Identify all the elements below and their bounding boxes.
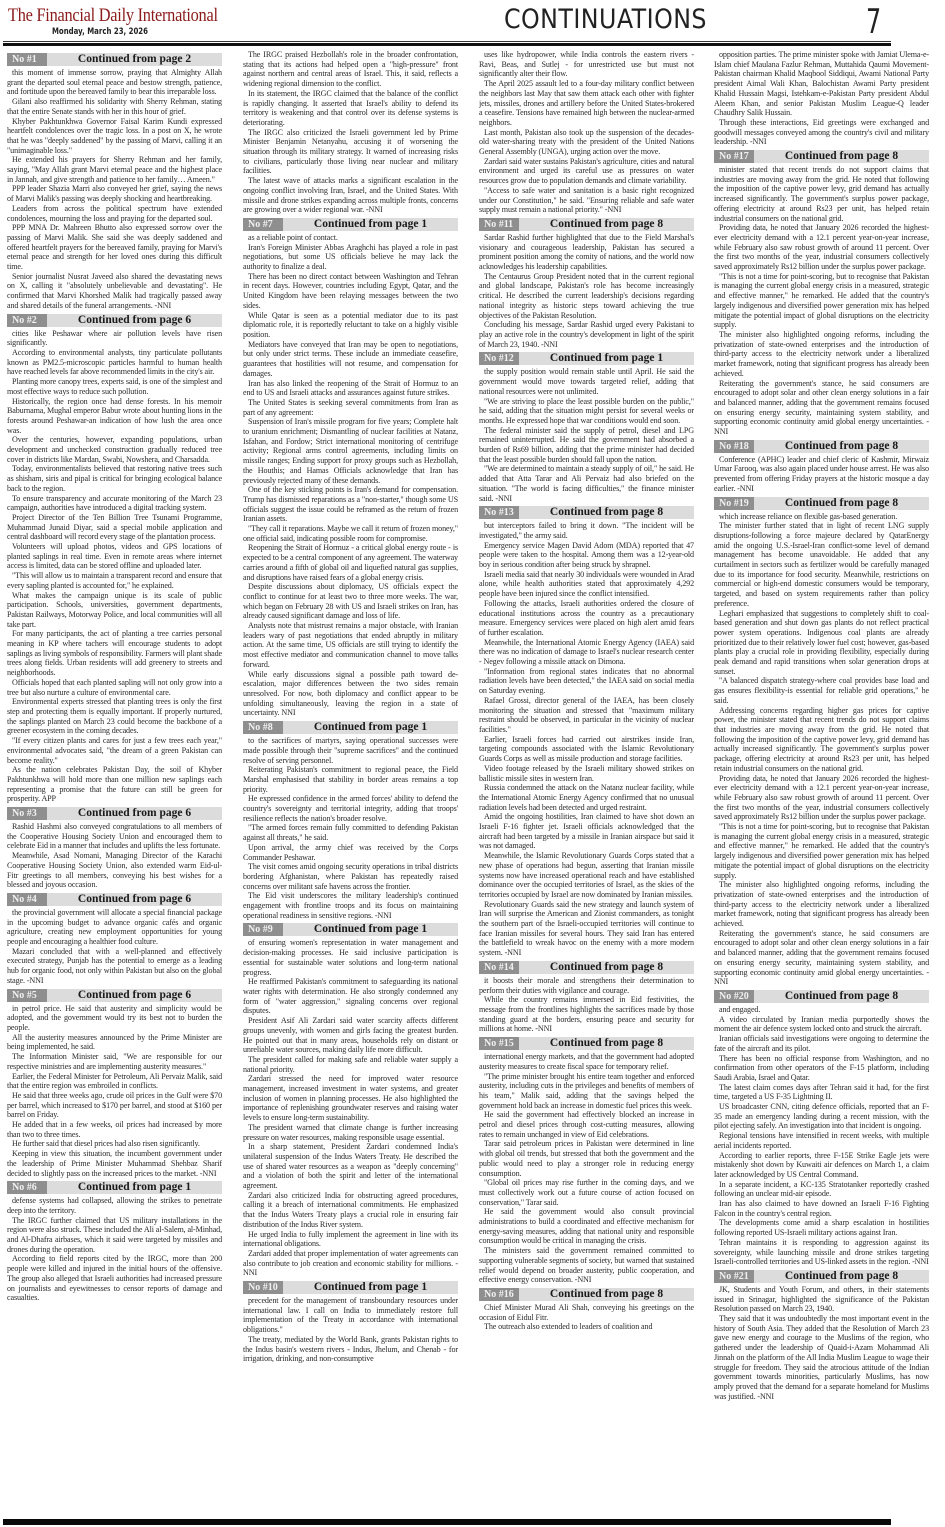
article-paragraph: JK, Students and Youth Forum, and others… xyxy=(714,1285,929,1314)
article-paragraph: He added that in a few weeks, oil prices… xyxy=(7,1120,222,1139)
article-paragraph: but interceptors failed to bring it down… xyxy=(479,521,694,540)
article-paragraph: Concluding his message, Sardar Rashid ur… xyxy=(479,320,694,349)
article-paragraph: Volunteers will upload photos, videos an… xyxy=(7,542,222,571)
section-number-label: No #13 xyxy=(479,506,519,519)
section-header: No #15Continued from page 8 xyxy=(479,1037,694,1050)
continuation-section: No #3Continued from page 6Rashid Hashmi … xyxy=(7,807,222,890)
section-header: No #6Continued from page 1 xyxy=(7,1181,222,1194)
article-paragraph: Historically, the region once had dense … xyxy=(7,397,222,436)
section-number-label: No #8 xyxy=(243,721,283,734)
section-number-label: No #18 xyxy=(714,440,754,453)
article-paragraph: precedent for the management of transbou… xyxy=(243,1296,458,1335)
article-paragraph: Revolutionary Guards said the new strate… xyxy=(479,900,694,958)
section-number-label: No #20 xyxy=(714,990,754,1003)
section-header: No #11Continued from page 8 xyxy=(479,218,694,231)
article-paragraph: uses like hydropower, while India contro… xyxy=(479,50,694,79)
article-paragraph: Planting more canopy trees, experts said… xyxy=(7,377,222,396)
continuation-section: No #21Continued from page 8JK, Students … xyxy=(714,1270,929,1401)
article-paragraph: Addressing concerns regarding higher gas… xyxy=(714,706,929,774)
section-continued-title: Continued from page 8 xyxy=(754,150,929,163)
section-continued-title: Continued from page 1 xyxy=(283,218,458,231)
article-paragraph: cities like Peshawar where air pollution… xyxy=(7,329,222,348)
section-header: No #1Continued from page 2 xyxy=(7,53,222,66)
article-paragraph: The IRGC further claimed that US militar… xyxy=(7,1216,222,1255)
article-paragraph: There has been no official response from… xyxy=(714,1054,929,1083)
article-paragraph: Tarar said petroleum prices in Pakistan … xyxy=(479,1139,694,1178)
section-continued-title: Continued from page 8 xyxy=(519,506,694,519)
column-3: uses like hydropower, while India contro… xyxy=(479,50,694,1516)
article-paragraph: All the austerity measures announced by … xyxy=(7,1033,222,1052)
article-paragraph: Zardari also criticized India for obstru… xyxy=(243,1191,458,1230)
section-header: No #21Continued from page 8 xyxy=(714,1270,929,1283)
article-paragraph: The treaty, mediated by the World Bank, … xyxy=(243,1335,458,1364)
article-paragraph: President Asif Ali Zardari said water sc… xyxy=(243,1016,458,1055)
article-paragraph: Mazari concluded that with a well-planne… xyxy=(7,947,222,986)
article-paragraph: Amid the ongoing hostilities, Iran claim… xyxy=(479,812,694,851)
continuation-section: No #15Continued from page 8international… xyxy=(479,1037,694,1285)
section-header: No #7Continued from page 1 xyxy=(243,218,458,231)
article-paragraph: Officials hoped that each planted saplin… xyxy=(7,678,222,697)
article-paragraph: Zardari said water sustains Pakistan's a… xyxy=(479,157,694,186)
article-paragraph: minister stated that recent trends do no… xyxy=(714,165,929,223)
section-continued-title: Continued from page 8 xyxy=(754,1270,929,1283)
section-header: No #12Continued from page 1 xyxy=(479,352,694,365)
section-number-label: No #19 xyxy=(714,497,754,510)
article-paragraph: Meanwhile, Asad Nomani, Managing Directo… xyxy=(7,851,222,890)
article-paragraph: Earlier, the Federal Minister for Petrol… xyxy=(7,1072,222,1091)
section-continued-title: Continued from page 1 xyxy=(283,1281,458,1294)
header-rule xyxy=(3,41,891,46)
article-paragraph: Through these interactions, Eid greeting… xyxy=(714,118,929,147)
continuation-section: No #8Continued from page 1to the sacrifi… xyxy=(243,721,458,920)
section-number-label: No #1 xyxy=(7,53,47,66)
continuation-section: No #16Continued from page 8Chief Ministe… xyxy=(479,1288,694,1332)
section-number-label: No #6 xyxy=(7,1181,47,1194)
section-header: No #9Continued from page 1 xyxy=(243,923,458,936)
article-paragraph: the provincial government will allocate … xyxy=(7,908,222,947)
continuation-section: No #10Continued from page 1precedent for… xyxy=(243,1281,458,1364)
article-columns: No #1Continued from page 2this moment of… xyxy=(7,50,892,1516)
section-continued-title: Continued from page 8 xyxy=(519,1037,694,1050)
article-paragraph: Meanwhile, the International Atomic Ener… xyxy=(479,638,694,667)
section-continued-title: Continued from page 8 xyxy=(754,497,929,510)
article-paragraph: What makes the campaign unique is its sc… xyxy=(7,591,222,630)
section-number-label: No #17 xyxy=(714,150,754,163)
section-number-label: No #5 xyxy=(7,989,47,1002)
article-paragraph: "The prime minister brought his entire t… xyxy=(479,1072,694,1111)
article-paragraph: of ensuring women's representation in wa… xyxy=(243,938,458,977)
section-header: No #16Continued from page 8 xyxy=(479,1288,694,1301)
article-paragraph: One of the key sticking points is Iran's… xyxy=(243,485,458,524)
section-header: No #10Continued from page 1 xyxy=(243,1281,458,1294)
article-paragraph: "We are determined to maintain a steady … xyxy=(479,464,694,503)
article-paragraph: Mediators have conveyed that Iran may be… xyxy=(243,340,458,379)
article-paragraph: Gilani also reaffirmed his solidarity wi… xyxy=(7,97,222,116)
section-continued-title: Continued from page 8 xyxy=(519,961,694,974)
continuation-section: uses like hydropower, while India contro… xyxy=(479,50,694,215)
article-paragraph: defense systems had collapsed, allowing … xyxy=(7,1196,222,1215)
article-paragraph: They said that it was undoubtedly the mo… xyxy=(714,1314,929,1401)
article-paragraph: "This is not a time for point-scoring, b… xyxy=(714,822,929,880)
article-paragraph: Environmental experts stressed that plan… xyxy=(7,697,222,736)
article-paragraph: Iran's Foreign Minister Abbas Araghchi h… xyxy=(243,243,458,272)
article-paragraph: The April 2025 assault led to a four-day… xyxy=(479,79,694,128)
section-continued-title: Continued from page 1 xyxy=(283,721,458,734)
section-continued-title: Continued from page 8 xyxy=(519,218,694,231)
article-paragraph: According to earlier reports, three F-15… xyxy=(714,1151,929,1180)
section-number-label: No #12 xyxy=(479,352,519,365)
article-paragraph: Khyber Pakhtunkhwa Governor Faisal Karim… xyxy=(7,117,222,156)
section-header: No #8Continued from page 1 xyxy=(243,721,458,734)
article-paragraph: Leghari emphasized that suggestions to c… xyxy=(714,609,929,677)
section-number-label: No #16 xyxy=(479,1288,519,1301)
section-header: No #4Continued from page 6 xyxy=(7,893,222,906)
article-paragraph: the supply position would remain stable … xyxy=(479,367,694,396)
article-paragraph: While the country remains immersed in Ei… xyxy=(479,995,694,1034)
continuation-section: No #18Continued from page 8Conference (A… xyxy=(714,440,929,494)
section-header: No #19Continued from page 8 xyxy=(714,497,929,510)
section-continued-title: Continued from page 8 xyxy=(754,440,929,453)
article-paragraph: PPP MNA Dr. Mahreen Bhutto also expresse… xyxy=(7,223,222,272)
section-header: No #18Continued from page 8 xyxy=(714,440,929,453)
article-paragraph: "Access to safe water and sanitation is … xyxy=(479,186,694,215)
article-paragraph: Reiterating the government's stance, he … xyxy=(714,929,929,987)
article-paragraph: According to environmental analysts, tin… xyxy=(7,348,222,377)
article-paragraph: Reopening the Strait of Hormuz - a criti… xyxy=(243,543,458,582)
article-paragraph: "Global oil prices may rise further in t… xyxy=(479,1178,694,1207)
article-paragraph: US broadcaster CNN, citing defence offic… xyxy=(714,1102,929,1131)
article-paragraph: Chief Minister Murad Ali Shah, conveying… xyxy=(479,1303,694,1322)
section-title: CONTINUATIONS xyxy=(504,4,707,35)
section-continued-title: Continued from page 1 xyxy=(519,352,694,365)
article-paragraph: Today, environmentalists believed that r… xyxy=(7,464,222,493)
section-header: No #3Continued from page 6 xyxy=(7,807,222,820)
continuation-section: opposition parties. The prime minister s… xyxy=(714,50,929,147)
section-header: No #5Continued from page 6 xyxy=(7,989,222,1002)
article-paragraph: In a separate incident, a KC-135 Stratot… xyxy=(714,1180,929,1199)
article-paragraph: The Eid visit underscores the military l… xyxy=(243,891,458,920)
article-paragraph: Despite discussions about diplomacy, US … xyxy=(243,582,458,621)
article-paragraph: Video footage released by the Israeli mi… xyxy=(479,764,694,783)
article-paragraph: Senior journalist Nusrat Javeed also sha… xyxy=(7,272,222,311)
article-paragraph: He said the government had effectively b… xyxy=(479,1110,694,1139)
article-paragraph: The federal minister said the supply of … xyxy=(479,426,694,465)
article-paragraph: He urged India to fully implement the ag… xyxy=(243,1230,458,1249)
article-paragraph: Iran has also linked the reopening of th… xyxy=(243,379,458,398)
column-4: opposition parties. The prime minister s… xyxy=(714,50,929,1516)
article-paragraph: international energy markets, and that t… xyxy=(479,1052,694,1071)
article-paragraph: this moment of immense sorrow, praying t… xyxy=(7,68,222,97)
section-number-label: No #7 xyxy=(243,218,283,231)
article-paragraph: He reaffirmed Pakistan's commitment to s… xyxy=(243,977,458,1016)
article-paragraph: According to field reports cited by the … xyxy=(7,1254,222,1303)
article-paragraph: Russia condemned the attack on the Natan… xyxy=(479,783,694,812)
continuation-section: No #20Continued from page 8and engaged.A… xyxy=(714,990,929,1267)
section-number-label: No #9 xyxy=(243,923,283,936)
continuation-section: No #14Continued from page 8it boosts the… xyxy=(479,961,694,1034)
article-paragraph: While early discussions signal a possibl… xyxy=(243,670,458,719)
article-paragraph: The latest wave of attacks marks a signi… xyxy=(243,176,458,215)
article-paragraph: Upon arrival, the army chief was receive… xyxy=(243,843,458,862)
article-paragraph: To ensure transparency and accurate moni… xyxy=(7,494,222,513)
article-paragraph: Over the centuries, however, expanding p… xyxy=(7,435,222,464)
article-paragraph: opposition parties. The prime minister s… xyxy=(714,50,929,118)
article-paragraph: "A balanced dispatch strategy-where coal… xyxy=(714,676,929,705)
continuation-section: No #17Continued from page 8minister stat… xyxy=(714,150,929,437)
article-paragraph: PPP leader Shazia Marri also conveyed he… xyxy=(7,184,222,203)
article-paragraph: He extended his prayers for Sherry Rehma… xyxy=(7,155,222,184)
article-paragraph: Tehran maintains it is responding to agg… xyxy=(714,1238,929,1267)
article-paragraph: Zardari stressed the need for improved w… xyxy=(243,1074,458,1123)
article-paragraph: Last month, Pakistan also took up the su… xyxy=(479,128,694,157)
continuation-section: No #1Continued from page 2this moment of… xyxy=(7,53,222,311)
article-paragraph: The outreach also extended to leaders of… xyxy=(479,1322,694,1332)
page-number: 7 xyxy=(866,2,881,42)
article-paragraph: The visit comes amid ongoing security op… xyxy=(243,862,458,891)
masthead: The Financial Daily International Monday… xyxy=(0,0,945,46)
article-paragraph: Conference (APHC) leader and chief cleri… xyxy=(714,455,929,494)
article-paragraph: The latest claim comes days after Tehran… xyxy=(714,1083,929,1102)
article-paragraph: it boosts their morale and strengthens t… xyxy=(479,976,694,995)
article-paragraph: Earlier, Israeli forces had carried out … xyxy=(479,735,694,764)
article-paragraph: The minister also highlighted ongoing re… xyxy=(714,330,929,379)
section-header: No #13Continued from page 8 xyxy=(479,506,694,519)
article-paragraph: "Information from regional states indica… xyxy=(479,667,694,696)
article-paragraph: He further said that diesel prices had a… xyxy=(7,1139,222,1149)
article-paragraph: Emergency service Magen David Adom (MDA)… xyxy=(479,541,694,570)
article-paragraph: Meanwhile, the Islamic Revolutionary Gua… xyxy=(479,851,694,900)
article-paragraph: "If every citizen plants and cares for j… xyxy=(7,736,222,765)
article-paragraph: Rafael Grossi, director general of the I… xyxy=(479,696,694,735)
section-number-label: No #2 xyxy=(7,314,47,327)
article-paragraph: as a reliable point of contact. xyxy=(243,233,458,243)
continuation-section: No #11Continued from page 8Sardar Rashid… xyxy=(479,218,694,349)
continuation-section: No #5Continued from page 6in petrol pric… xyxy=(7,989,222,1179)
article-paragraph: The IRGC praised Hezbollah's role in the… xyxy=(243,50,458,89)
column-1: No #1Continued from page 2this moment of… xyxy=(7,50,222,1516)
article-paragraph: Regional tensions have intensified in re… xyxy=(714,1131,929,1150)
section-continued-title: Continued from page 8 xyxy=(519,1288,694,1301)
article-paragraph: Leaders from across the political spectr… xyxy=(7,204,222,223)
section-number-label: No #10 xyxy=(243,1281,283,1294)
section-continued-title: Continued from page 1 xyxy=(283,923,458,936)
article-paragraph: The minister further stated that in ligh… xyxy=(714,521,929,608)
section-header: No #20Continued from page 8 xyxy=(714,990,929,1003)
article-paragraph: Reiterating the government's stance, he … xyxy=(714,379,929,437)
continuation-section: No #2Continued from page 6cities like Pe… xyxy=(7,314,222,804)
article-paragraph: The Information Minister said, "We are r… xyxy=(7,1052,222,1071)
section-continued-title: Continued from page 8 xyxy=(754,990,929,1003)
article-paragraph: The developments come amid a sharp escal… xyxy=(714,1218,929,1237)
article-paragraph: He said that three weeks ago, crude oil … xyxy=(7,1091,222,1120)
article-paragraph: Keeping in view this situation, the incu… xyxy=(7,1149,222,1178)
continuation-section: No #19Continued from page 8which increas… xyxy=(714,497,929,987)
article-paragraph: which increase reliance on flexible gas-… xyxy=(714,512,929,522)
article-paragraph: The United States is seeking several com… xyxy=(243,398,458,417)
article-paragraph: "This will allow us to maintain a transp… xyxy=(7,571,222,590)
footer-rule xyxy=(3,1519,891,1525)
article-paragraph: "The armed forces remain fully committed… xyxy=(243,823,458,842)
article-paragraph: Providing data, he noted that January 20… xyxy=(714,223,929,272)
section-continued-title: Continued from page 1 xyxy=(47,1181,222,1194)
section-continued-title: Continued from page 6 xyxy=(47,807,222,820)
article-paragraph: Providing data, he noted that January 20… xyxy=(714,774,929,823)
article-paragraph: to the sacrifices of martyrs, saying ope… xyxy=(243,736,458,765)
section-continued-title: Continued from page 2 xyxy=(47,53,222,66)
paper-name: The Financial Daily International xyxy=(8,5,218,27)
continuation-section: No #12Continued from page 1the supply po… xyxy=(479,352,694,503)
article-paragraph: Suspension of Iran's missile program for… xyxy=(243,417,458,485)
article-paragraph: He said the government would also consul… xyxy=(479,1207,694,1246)
article-paragraph: Zardari added that proper implementation… xyxy=(243,1249,458,1278)
article-paragraph: "They call it reparations. Maybe we call… xyxy=(243,524,458,543)
issue-date: Monday, March 23, 2026 xyxy=(52,27,148,37)
article-paragraph: There has been no direct contact between… xyxy=(243,272,458,311)
article-paragraph: The Centaurus Group President noted that… xyxy=(479,272,694,321)
column-2: The IRGC praised Hezbollah's role in the… xyxy=(243,50,458,1516)
continuation-section: No #4Continued from page 6the provincial… xyxy=(7,893,222,986)
article-paragraph: The minister also highlighted ongoing re… xyxy=(714,880,929,929)
section-header: No #17Continued from page 8 xyxy=(714,150,929,163)
article-paragraph: Analysts note that mistrust remains a ma… xyxy=(243,621,458,670)
article-paragraph: For many participants, the act of planti… xyxy=(7,629,222,678)
article-paragraph: "We are striving to place the least poss… xyxy=(479,397,694,426)
article-paragraph: In its statement, the IRGC claimed that … xyxy=(243,89,458,128)
section-number-label: No #15 xyxy=(479,1037,519,1050)
article-paragraph: Rashid Hashmi also conveyed congratulati… xyxy=(7,822,222,851)
article-paragraph: The IRGC also criticized the Israeli gov… xyxy=(243,128,458,177)
section-header: No #14Continued from page 8 xyxy=(479,961,694,974)
article-paragraph: He expressed confidence in the armed for… xyxy=(243,794,458,823)
section-continued-title: Continued from page 6 xyxy=(47,989,222,1002)
article-paragraph: Project Director of the Ten Billion Tree… xyxy=(7,513,222,542)
article-paragraph: In a sharp statement, President Zardari … xyxy=(243,1142,458,1191)
article-paragraph: As the nation celebrates Pakistan Day, t… xyxy=(7,765,222,804)
continuation-section: The IRGC praised Hezbollah's role in the… xyxy=(243,50,458,215)
section-number-label: No #11 xyxy=(479,218,519,231)
section-continued-title: Continued from page 6 xyxy=(47,314,222,327)
article-paragraph: While Qatar is seen as a potential media… xyxy=(243,311,458,340)
article-paragraph: Israeli media said that nearly 30 indivi… xyxy=(479,570,694,599)
article-paragraph: Sardar Rashid further highlighted that d… xyxy=(479,233,694,272)
section-number-label: No #4 xyxy=(7,893,47,906)
article-paragraph: Reiterating Pakistan's commitment to reg… xyxy=(243,765,458,794)
article-paragraph: "This is not a time for point-scoring, b… xyxy=(714,272,929,330)
continuation-section: No #13Continued from page 8but intercept… xyxy=(479,506,694,958)
article-paragraph: in petrol price. He said that austerity … xyxy=(7,1004,222,1033)
article-paragraph: A video circulated by Iranian media purp… xyxy=(714,1015,929,1034)
section-number-label: No #3 xyxy=(7,807,47,820)
section-continued-title: Continued from page 6 xyxy=(47,893,222,906)
article-paragraph: Iranian officials said investigations we… xyxy=(714,1034,929,1053)
continuation-section: No #6Continued from page 1defense system… xyxy=(7,1181,222,1303)
section-number-label: No #14 xyxy=(479,961,519,974)
article-paragraph: Iran has also claimed to have downed an … xyxy=(714,1199,929,1218)
section-number-label: No #21 xyxy=(714,1270,754,1283)
continuation-section: No #9Continued from page 1of ensuring wo… xyxy=(243,923,458,1278)
article-paragraph: Following the attacks, Israeli authoriti… xyxy=(479,599,694,638)
article-paragraph: and engaged. xyxy=(714,1005,929,1015)
section-header: No #2Continued from page 6 xyxy=(7,314,222,327)
continuation-section: No #7Continued from page 1as a reliable … xyxy=(243,218,458,718)
article-paragraph: The ministers said the government remain… xyxy=(479,1246,694,1285)
article-paragraph: The president warned that climate change… xyxy=(243,1123,458,1142)
article-paragraph: The president called for making safe and… xyxy=(243,1055,458,1074)
